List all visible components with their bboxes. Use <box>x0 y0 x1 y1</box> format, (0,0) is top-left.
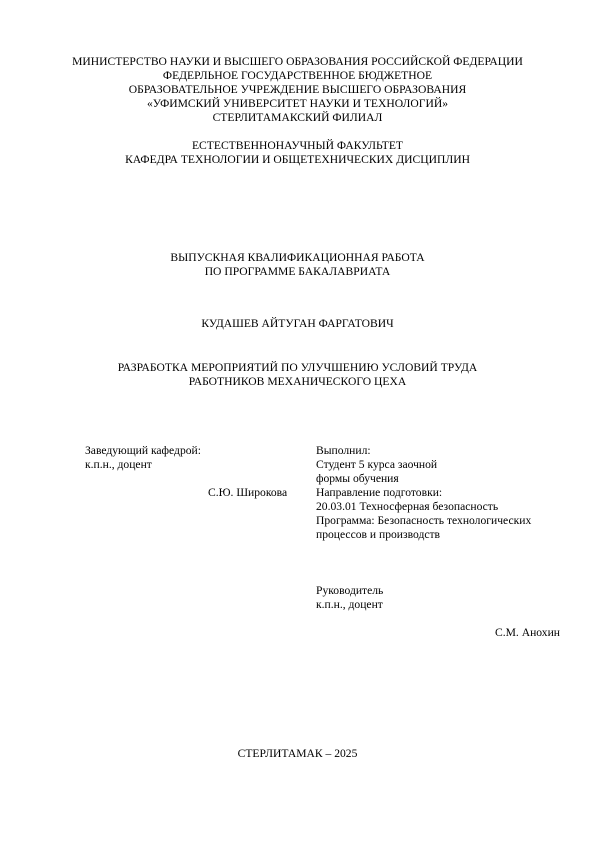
institution-type-line: ФЕДЕРЛЬНОЕ ГОСУДАРСТВЕННОЕ БЮДЖЕТНОЕ <box>0 69 595 83</box>
head-of-department-name: С.Ю. Широкова <box>208 486 287 500</box>
thesis-title-line-2: РАБОТНИКОВ МЕХАНИЧЕСКОГО ЦЕХА <box>0 375 595 389</box>
head-of-department-degree: к.п.н., доцент <box>85 458 152 472</box>
performer-line: формы обучения <box>316 472 399 486</box>
department-name: КАФЕДРА ТЕХНОЛОГИИ И ОБЩЕТЕХНИЧЕСКИХ ДИС… <box>0 153 595 167</box>
work-type-line: ВЫПУСКНАЯ КВАЛИФИКАЦИОННАЯ РАБОТА <box>0 251 595 265</box>
head-of-department-label: Заведующий кафедрой: <box>85 444 201 458</box>
supervisor-label: Руководитель <box>316 584 383 598</box>
faculty-name: ЕСТЕСТВЕННОНАУЧНЫЙ ФАКУЛЬТЕТ <box>0 139 595 153</box>
work-type-program: ПО ПРОГРАММЕ БАКАЛАВРИАТА <box>0 265 595 279</box>
thesis-title-line-1: РАЗРАБОТКА МЕРОПРИЯТИЙ ПО УЛУЧШЕНИЮ УСЛО… <box>0 361 595 375</box>
performer-line: Студент 5 курса заочной <box>316 458 437 472</box>
author-name: КУДАШЕВ АЙТУГАН ФАРГАТОВИЧ <box>0 317 595 331</box>
performer-line: Программа: Безопасность технологических <box>316 514 531 528</box>
city-year: СТЕРЛИТАМАК – 2025 <box>0 747 595 761</box>
institution-type-line-2: ОБРАЗОВАТЕЛЬНОЕ УЧРЕЖДЕНИЕ ВЫСШЕГО ОБРАЗ… <box>0 83 595 97</box>
supervisor-degree: к.п.н., доцент <box>316 598 383 612</box>
performer-line: Направление подготовки: <box>316 486 442 500</box>
performer-label: Выполнил: <box>316 444 371 458</box>
ministry-line: МИНИСТЕРСТВО НАУКИ И ВЫСШЕГО ОБРАЗОВАНИЯ… <box>0 55 595 69</box>
supervisor-name: С.М. Анохин <box>495 626 560 640</box>
branch-name: СТЕРЛИТАМАКСКИЙ ФИЛИАЛ <box>0 111 595 125</box>
university-name: «УФИМСКИЙ УНИВЕРСИТЕТ НАУКИ И ТЕХНОЛОГИЙ… <box>0 97 595 111</box>
performer-line: 20.03.01 Техносферная безопасность <box>316 500 498 514</box>
performer-line: процессов и производств <box>316 528 440 542</box>
